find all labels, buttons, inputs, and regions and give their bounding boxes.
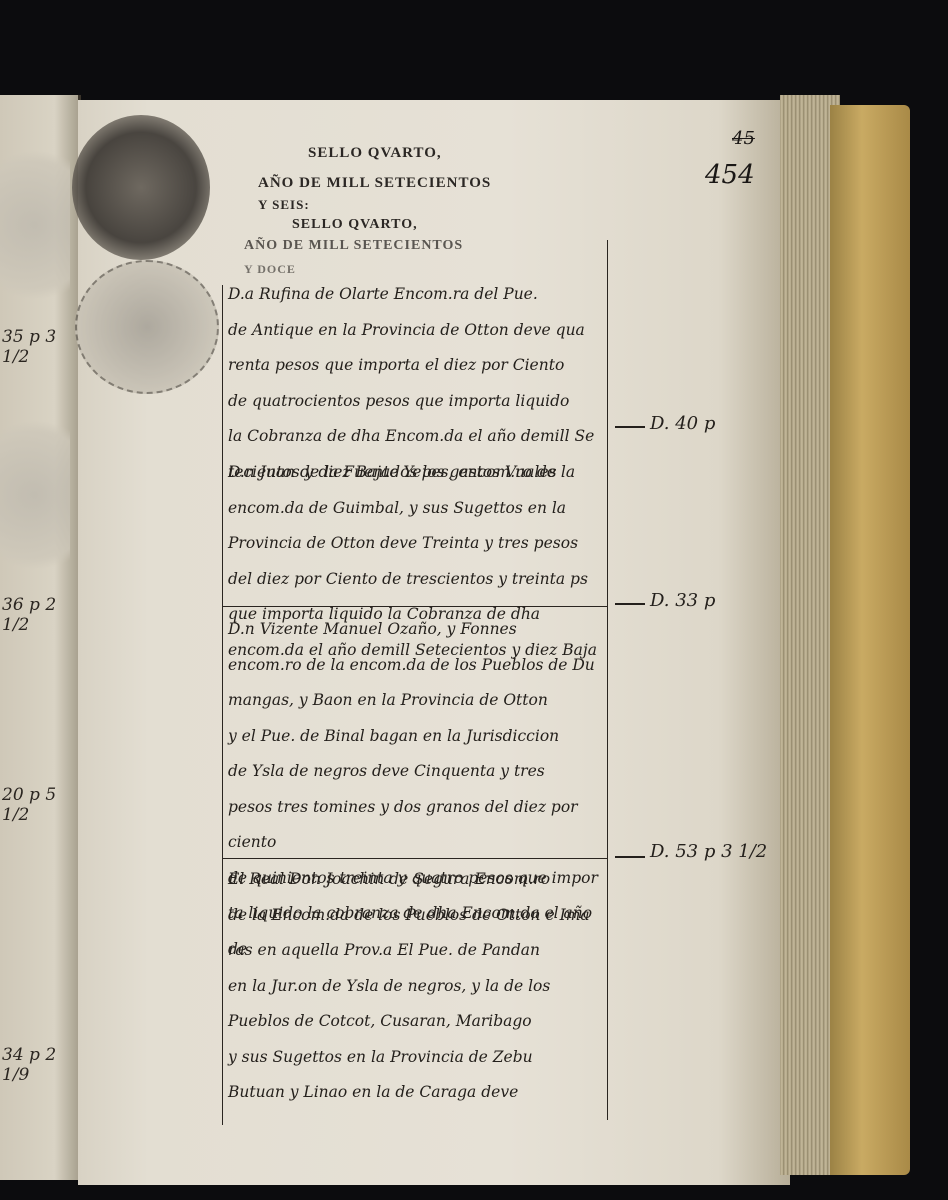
amount-dash — [615, 856, 645, 858]
entry-line: del diez por Ciento de trescientos y tre… — [228, 562, 608, 598]
entry-line: de Antique en la Provincia de Otton deve… — [228, 313, 608, 349]
entry-line: D.a Rufina de Olarte Encom.ra del Pue. — [228, 277, 608, 313]
entry-line: Butuan y Linao en la de Caraga deve — [228, 1075, 608, 1111]
entry-line: y sus Sugettos en la Provincia de Zebu — [228, 1040, 608, 1076]
folio-number: 454 — [705, 160, 755, 190]
entry-line: D.n Vizente Manuel Ozaño, y Fonnes — [228, 612, 608, 648]
margin-amount: D. 40 p — [650, 413, 715, 434]
stamp-line: SELLO QVARTO, — [292, 217, 418, 233]
margin-amount: D. 33 p — [650, 590, 715, 611]
left-margin-amount: 20 p 5 1/2 — [2, 785, 78, 825]
entry-line: encom.ro de la encom.da de los Pueblos d… — [228, 648, 608, 684]
entry-line: renta pesos que importa el diez por Cien… — [228, 348, 608, 384]
amount-dash — [615, 603, 645, 605]
royal-seal-icon — [75, 260, 219, 394]
ruled-line-left — [222, 285, 223, 1125]
entry-line: Pueblos de Cotcot, Cusaran, Maribago — [228, 1004, 608, 1040]
entry-line: pesos tres tomines y dos granos del diez… — [228, 790, 608, 861]
entry-line: Provincia de Otton deve Treinta y tres p… — [228, 526, 608, 562]
left-margin-amount: 35 p 3 1/2 — [2, 327, 78, 367]
entry-line: encom.da de Guimbal, y sus Sugettos en l… — [228, 491, 608, 527]
entry-line: de Ysla de negros deve Cinquenta y tres — [228, 754, 608, 790]
stamp-line: SELLO QVARTO, — [308, 145, 442, 162]
stamp-line: AÑO DE MILL SETECIENTOS — [244, 238, 463, 254]
entry-line: la Cobranza de dha Encom.da el año demil… — [228, 419, 608, 455]
left-page-seal-imprint — [0, 395, 70, 595]
entry-line: D.n Juan de la Fuente Yepes, encom.ro de… — [228, 455, 608, 491]
amount-dash — [615, 426, 645, 428]
entry-line: ras en aquella Prov.a El Pue. de Pandan — [228, 933, 608, 969]
entry-line: de quatrocientos pesos que importa liqui… — [228, 384, 608, 420]
left-margin-amount: 36 p 2 1/2 — [2, 595, 78, 635]
ink-seal-icon — [72, 115, 210, 260]
entry-line: de la Encom.da de los Pueblos de Otton e… — [228, 898, 608, 934]
margin-amount: D. 53 p 3 1/2 — [650, 841, 767, 862]
entry-line: El Real Don Joachin de Segura Encom.ro — [228, 862, 608, 898]
left-page-seal-imprint — [0, 125, 70, 325]
stamp-line: AÑO DE MILL SETECIENTOS — [258, 175, 491, 192]
stamp-line: Y SEIS: — [258, 197, 310, 213]
entry-4: El Real Don Joachin de Segura Encom.ro d… — [228, 862, 608, 1111]
entry-line: en la Jur.on de Ysla de negros, y la de … — [228, 969, 608, 1005]
stamp-line: Y DOCE — [244, 262, 296, 277]
vellum-cover — [830, 105, 910, 1175]
old-folio-number: 45 — [732, 128, 755, 149]
entry-line: y el Pue. de Binal bagan en la Jurisdicc… — [228, 719, 608, 755]
left-facing-page: 35 p 3 1/2 36 p 2 1/2 20 p 5 1/2 34 p 2 … — [0, 95, 81, 1180]
left-margin-amount: 34 p 2 1/9 — [2, 1045, 78, 1085]
entry-line: mangas, y Baon en la Provincia de Otton — [228, 683, 608, 719]
